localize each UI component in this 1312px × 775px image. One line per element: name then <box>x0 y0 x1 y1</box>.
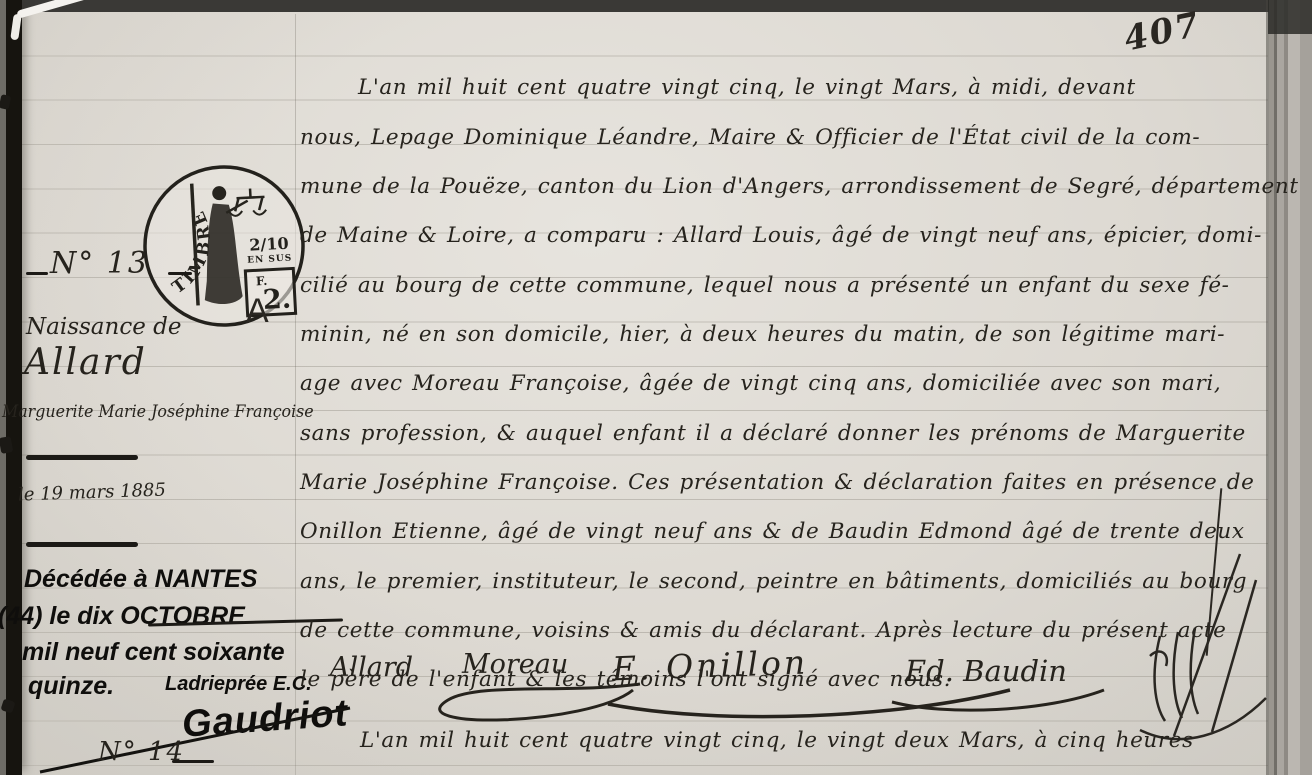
stamp-surcharge-fraction: 2/10 <box>249 234 289 255</box>
act-line: Onillon Etienne, âgé de vingt neuf ans &… <box>300 500 1272 549</box>
act-line: cilié au bourg de cette commune, lequel … <box>300 253 1272 302</box>
signature-moreau: Moreau <box>462 649 568 680</box>
act-14-first-line: L'an mil huit cent quatre vingt cinq, le… <box>360 728 1194 753</box>
registrar-signature: Ladrieprée E.C. <box>165 673 312 696</box>
margin-officer-signature: Gaudriot <box>181 692 350 746</box>
stamp-handwritten-mark: A <box>246 292 269 331</box>
death-note-line: Décédée à NANTES <box>24 565 257 594</box>
act-line: ans, le premier, instituteur, le second,… <box>300 549 1272 598</box>
scan-top-edge <box>0 0 1312 12</box>
act-line: nous, Lepage Dominique Léandre, Maire & … <box>300 105 1272 154</box>
act-line: de cette commune, voisins & amis du décl… <box>300 599 1272 648</box>
act-line: L'an mil huit cent quatre vingt cinq, le… <box>300 56 1272 105</box>
margin-given-names: Marguerite Marie Joséphine Françoise <box>2 402 314 421</box>
binding-bar <box>6 0 22 775</box>
margin-separator-stroke <box>26 542 138 547</box>
margin-act-number: N° 13 <box>50 246 149 281</box>
act-line: minin, né en son domicile, hier, à deux … <box>300 303 1272 352</box>
margin-surname: Allard <box>24 342 147 383</box>
ink-dash <box>26 272 48 275</box>
margin-act-date: le 19 mars 1885 <box>18 479 167 505</box>
signature-onillon: E. Onillon <box>611 643 808 689</box>
act-line: de Maine & Loire, a comparu : Allard Lou… <box>300 204 1272 253</box>
act-line: mune de la Pouëze, canton du Lion d'Ange… <box>300 155 1272 204</box>
margin-record-type: Naissance de <box>26 314 181 340</box>
registry-page-scan: 407 TIMBRE 2/10 EN SUS F. 2. A N° 13 Nai… <box>0 0 1312 775</box>
signature-baudin: Ed. Baudin <box>905 654 1067 688</box>
death-note-line: (44) le dix OCTOBRE <box>0 602 245 631</box>
act-line: Marie Joséphine Françoise. Ces présentat… <box>300 451 1272 500</box>
act-13-body: L'an mil huit cent quatre vingt cinq, le… <box>300 56 1272 697</box>
book-gutter <box>1266 0 1312 775</box>
death-note-line: mil neuf cent soixante <box>22 638 285 667</box>
revenue-stamp: TIMBRE 2/10 EN SUS F. 2. <box>134 156 315 337</box>
act-line: age avec Moreau Françoise, âgée de vingt… <box>300 352 1272 401</box>
scan-corner-shadow <box>1268 0 1312 34</box>
margin-separator-stroke <box>26 455 138 460</box>
act-line: sans profession, & auquel enfant il a dé… <box>300 401 1272 450</box>
margin-rule <box>295 14 296 775</box>
signature-allard: Allard <box>330 652 413 683</box>
folio-number: 407 <box>1121 4 1205 59</box>
ink-dash <box>172 760 214 763</box>
death-note-line: quinze. <box>28 672 114 701</box>
ink-dash <box>168 272 192 275</box>
